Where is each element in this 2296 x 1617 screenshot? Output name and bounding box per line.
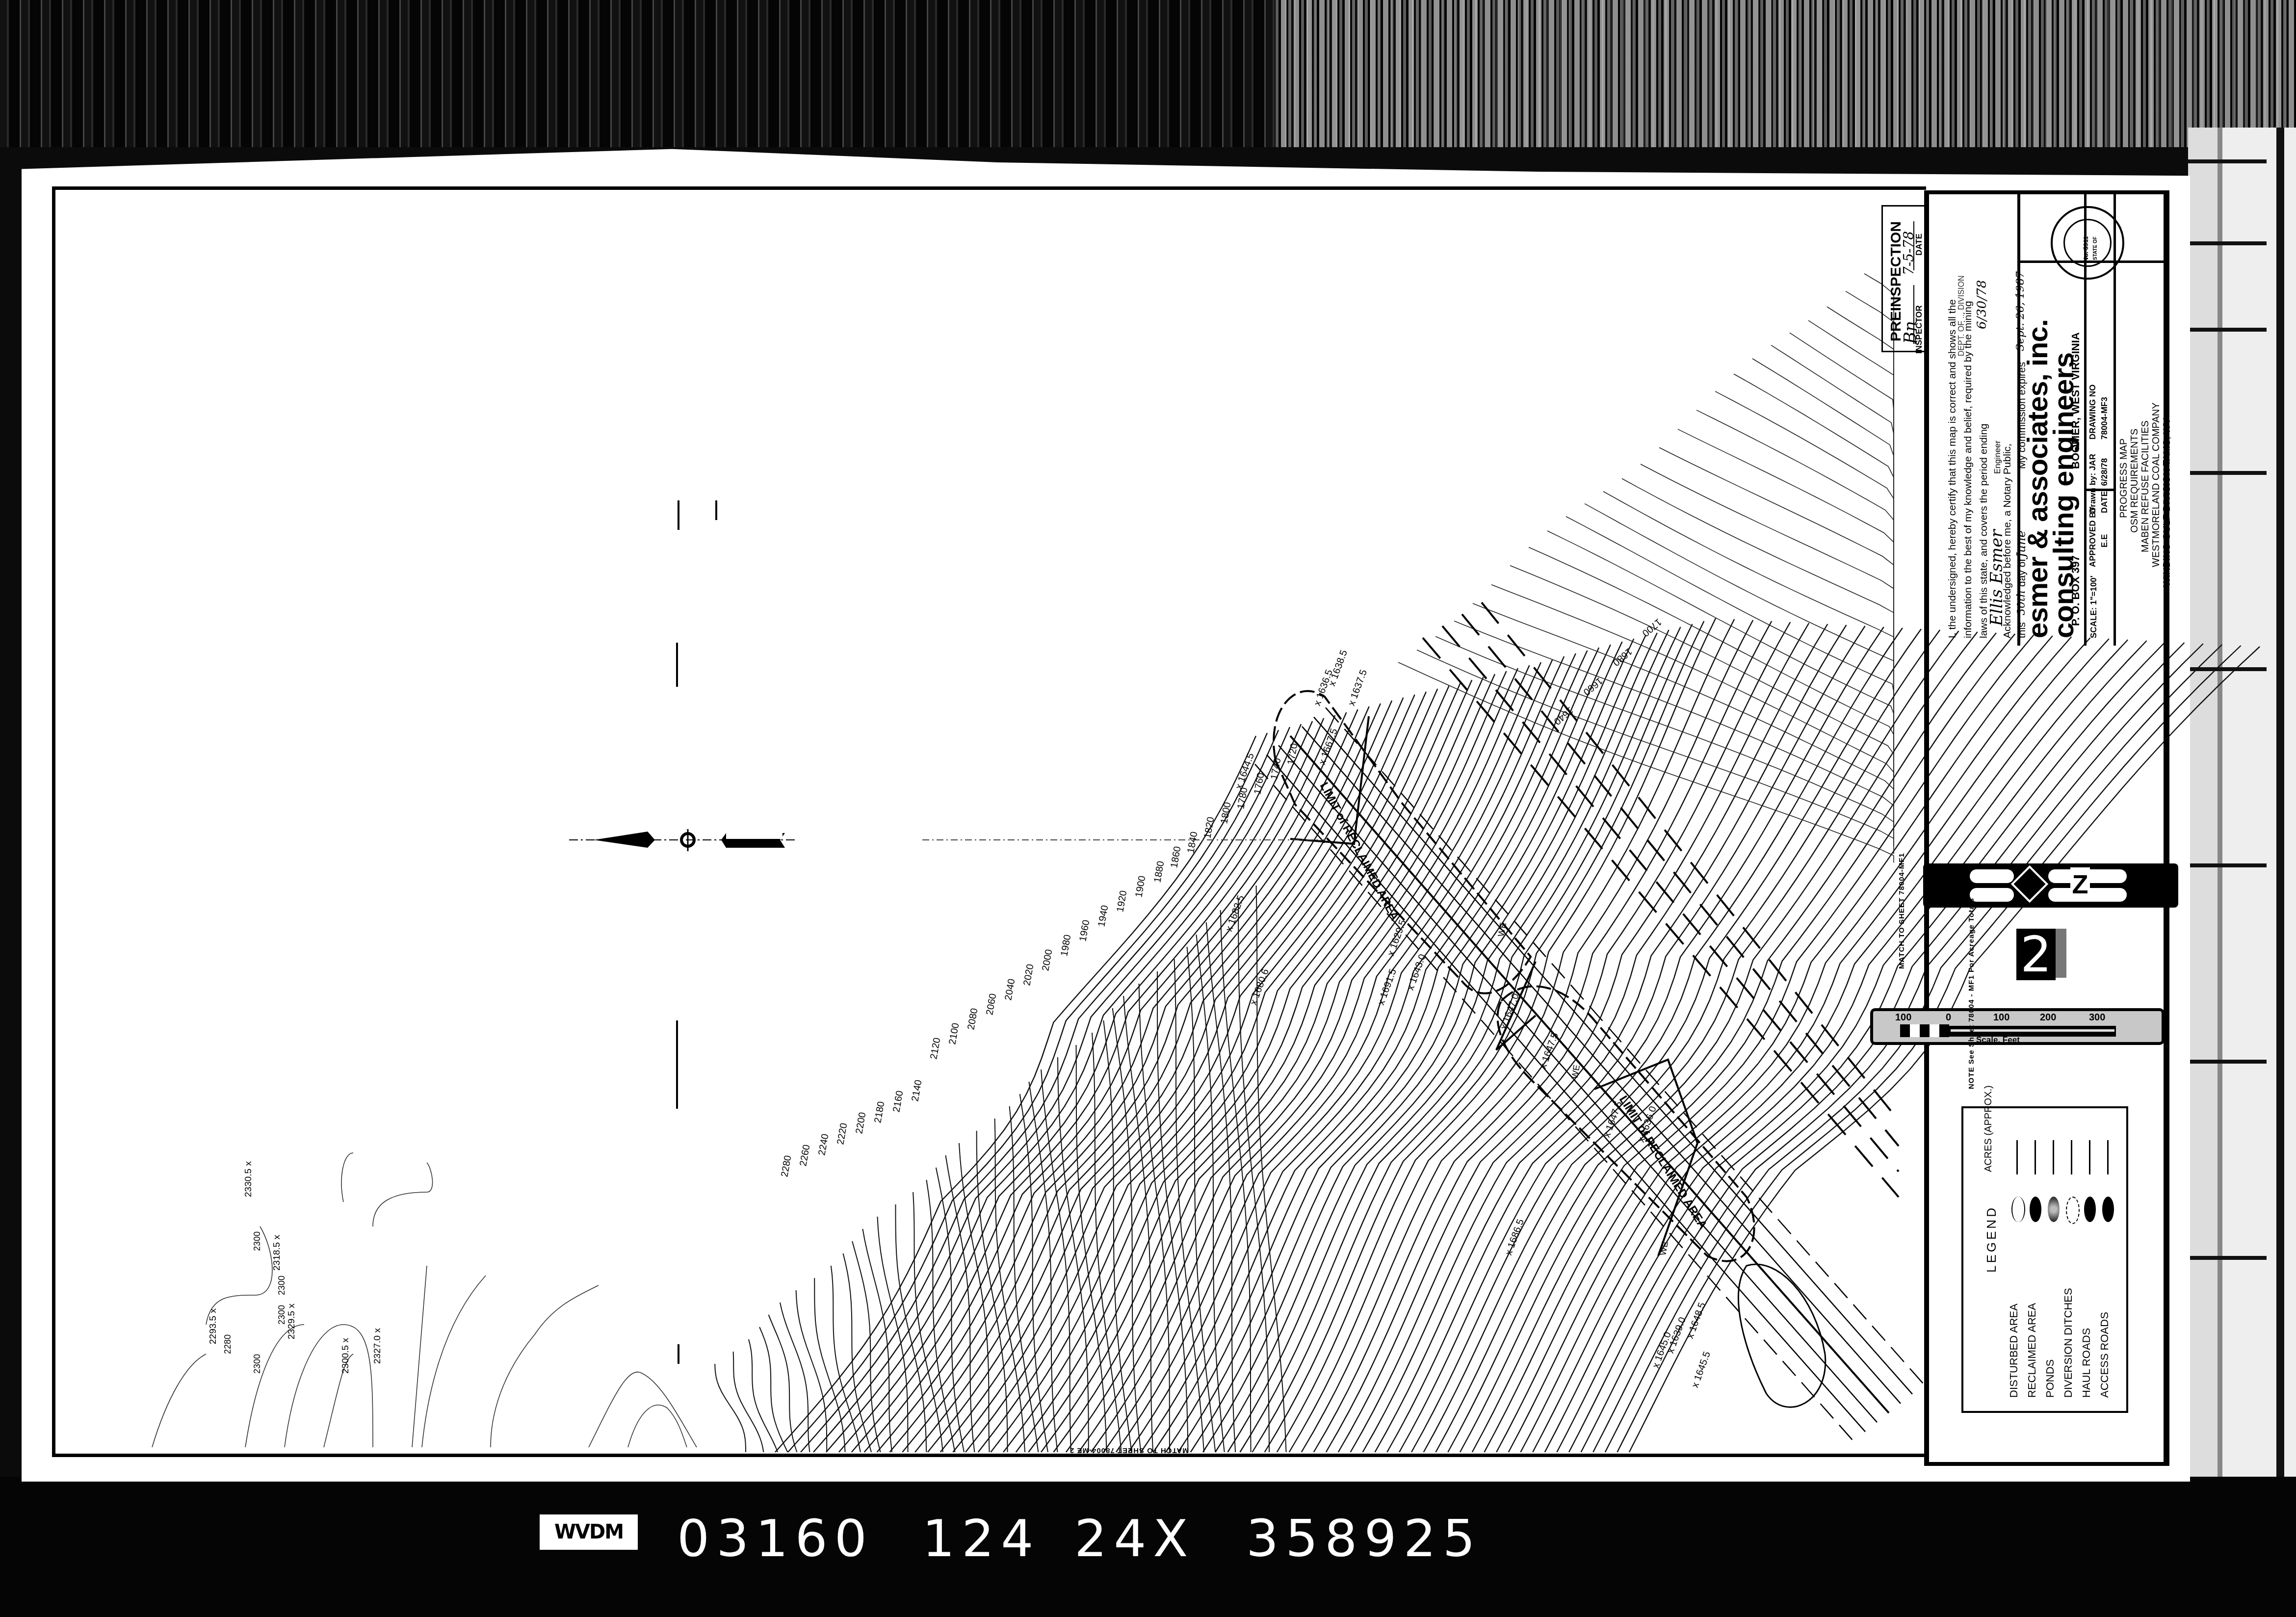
legend-acres-blank xyxy=(2053,1140,2054,1174)
legend-acres-blank xyxy=(2107,1140,2109,1174)
svg-text:2327.0 x: 2327.0 x xyxy=(372,1328,383,1364)
ack-text: Acknowledged before me, a Notary Public, xyxy=(2002,443,2013,638)
scale-caption: Scale, Feet xyxy=(1976,1035,2020,1045)
svg-text:x 1645.5: x 1645.5 xyxy=(1690,1350,1713,1389)
po-box: P. O. BOX 397 xyxy=(2069,555,2082,626)
svg-text:2260: 2260 xyxy=(798,1144,812,1167)
legend-item-label: RECLAIMED AREA xyxy=(2026,1303,2038,1398)
legend-item-label: PONDS xyxy=(2044,1359,2057,1398)
svg-text:2140: 2140 xyxy=(910,1079,924,1102)
svg-text:2020: 2020 xyxy=(1021,963,1036,987)
svg-text:2330.5 x: 2330.5 x xyxy=(243,1161,254,1197)
north-letter: Z xyxy=(2070,867,2090,902)
project-line-5: WINDING GULF DIVISION TAMS, WV xyxy=(2162,418,2173,587)
film-code-4: 358925 xyxy=(1246,1509,1482,1568)
svg-text:2280: 2280 xyxy=(779,1154,793,1178)
svg-text:2120: 2120 xyxy=(928,1037,942,1060)
scale-value: SCALE: 1"=100' xyxy=(2089,575,2099,638)
film-stamp-label: WVDM xyxy=(540,1514,638,1550)
drawn-by: Drawn by: JAR xyxy=(2088,454,2098,513)
seal-state: STATE OF xyxy=(2093,236,2098,260)
legend-symbol-outline-icon xyxy=(2011,1197,2025,1222)
certification-block: I, the undersigned, hereby certify that … xyxy=(1933,194,2016,646)
svg-text:2300.5 x: 2300.5 x xyxy=(340,1338,351,1374)
drawing-no-value: 78004-MF3 xyxy=(2100,397,2110,440)
svg-text:x 1638.5: x 1638.5 xyxy=(1327,649,1350,688)
project-line-3: MABEN REFUSE FACILITIES xyxy=(2140,420,2151,552)
svg-text:1820: 1820 xyxy=(1202,816,1216,839)
dept-stamp: DEPT. OF ... DIVISION xyxy=(1957,276,1966,356)
svg-text:2000: 2000 xyxy=(1040,948,1054,972)
scale-tick: 0 xyxy=(1946,1012,1951,1023)
legend-symbol-solid-icon xyxy=(2102,1197,2114,1222)
inspector-signature: Bn xyxy=(1901,321,1920,344)
legend-acres-blank xyxy=(2089,1140,2090,1174)
legend-item-label: DISTURBED AREA xyxy=(2008,1304,2020,1398)
svg-text:1880: 1880 xyxy=(1152,860,1166,884)
svg-text:1960: 1960 xyxy=(1077,919,1092,942)
film-code-1: 03160 xyxy=(677,1509,874,1568)
legend-acres-blank xyxy=(2035,1140,2036,1174)
legend: LEGEND ACRES (APPROX.) DISTURBED AREAREC… xyxy=(1961,1106,2128,1413)
period-ending: 6/30/78 xyxy=(1975,280,1989,329)
svg-text:2300: 2300 xyxy=(252,1354,262,1374)
svg-text:2240: 2240 xyxy=(816,1133,831,1156)
svg-text:1860: 1860 xyxy=(1169,845,1183,869)
legend-acres-blank xyxy=(2016,1140,2018,1174)
svg-text:WE: WE xyxy=(1569,1064,1582,1080)
legend-title: LEGEND xyxy=(1984,1205,1999,1273)
drawing-date: DATE: 6/28/78 xyxy=(2100,458,2110,513)
svg-text:1760: 1760 xyxy=(1252,772,1266,795)
svg-text:1720: 1720 xyxy=(1285,742,1300,766)
legend-symbol-speckled-icon xyxy=(2048,1197,2060,1222)
scale-bar: 100 0 100 200 300 Scale, Feet xyxy=(1870,1008,2165,1045)
svg-text:1920: 1920 xyxy=(1115,889,1129,913)
scale-tick: 300 xyxy=(2089,1012,2105,1023)
location: BOOMER, WEST VIRGINIA xyxy=(2069,332,2082,469)
svg-text:2160: 2160 xyxy=(891,1090,905,1113)
svg-text:2329.5 x: 2329.5 x xyxy=(287,1304,297,1339)
svg-text:WE: WE xyxy=(1658,1241,1670,1256)
svg-text:2220: 2220 xyxy=(835,1122,849,1146)
legend-symbol-solid-icon xyxy=(2030,1197,2041,1222)
preinspection-date: 7-5-78 xyxy=(1901,231,1917,275)
engineer-seal: No. 5911 STATE OF xyxy=(2051,206,2124,280)
svg-text:2080: 2080 xyxy=(965,1007,980,1031)
sheet-number: 2 xyxy=(2016,929,2056,980)
legend-acres-blank xyxy=(2071,1140,2072,1174)
scale-tick: 200 xyxy=(2040,1012,2056,1023)
match-line-bottom: MATCH TO SHEET 78004-ME 2 xyxy=(1070,1446,1189,1455)
legend-symbol-dashed-icon xyxy=(2066,1197,2080,1224)
project-line-2: OSM REQUIREMENTS xyxy=(2129,429,2140,533)
svg-text:1980: 1980 xyxy=(1059,934,1073,957)
svg-text:1840: 1840 xyxy=(1185,831,1200,854)
svg-text:2300: 2300 xyxy=(277,1276,287,1295)
svg-text:x 1637.5: x 1637.5 xyxy=(1346,668,1369,707)
film-code-3: 24X xyxy=(1074,1509,1195,1568)
svg-text:1900: 1900 xyxy=(1133,875,1148,898)
cert-line-1: I, the undersigned, hereby certify that … xyxy=(1947,299,1958,638)
svg-text:2300: 2300 xyxy=(252,1231,262,1251)
acreage-note: NOTE See Sheet 78004 - MF1 For Acreage T… xyxy=(1967,898,1976,1089)
svg-text:1700: 1700 xyxy=(1640,616,1664,638)
svg-text:2180: 2180 xyxy=(872,1100,887,1124)
svg-text:1940: 1940 xyxy=(1096,904,1110,928)
legend-symbol-solid-icon xyxy=(2084,1197,2096,1222)
scale-tick: 100 xyxy=(1993,1012,2009,1023)
svg-text:2280: 2280 xyxy=(223,1334,233,1354)
svg-text:x 1648.5: x 1648.5 xyxy=(1685,1301,1708,1340)
svg-text:1740: 1740 xyxy=(1269,757,1283,781)
svg-text:2100: 2100 xyxy=(947,1022,961,1045)
scale-tick: 100 xyxy=(1895,1012,1911,1023)
svg-text:2060: 2060 xyxy=(984,992,998,1016)
engineer-label: Engineer xyxy=(1993,441,2003,474)
svg-text:2040: 2040 xyxy=(1003,978,1017,1001)
preinspection-box: PREINSPECTION INSPECTOR DATE Bn 7-5-78 xyxy=(1881,205,1926,352)
approved-by-label: APPROVED BY xyxy=(2088,506,2098,567)
legend-acres-header: ACRES (APPROX.) xyxy=(1983,1085,1994,1172)
drawing-no-label: DRAWING NO xyxy=(2088,385,2098,440)
svg-text:x 1680.6: x 1680.6 xyxy=(1248,967,1271,1007)
svg-text:2293.5 x: 2293.5 x xyxy=(208,1308,218,1344)
legend-item-label: ACCESS ROADS xyxy=(2098,1312,2111,1398)
project-line-4: WESTMORELAND COAL COMPANY xyxy=(2151,402,2162,567)
compass-diamond-icon xyxy=(2011,865,2048,903)
north-arrow-badge: Z xyxy=(1923,863,2178,908)
svg-text:1800: 1800 xyxy=(1219,801,1233,825)
match-line-right: MATCH TO SHEET 78004-MF1 xyxy=(1898,853,1906,969)
project-line-1: PROGRESS MAP xyxy=(2118,439,2130,518)
svg-text:2300: 2300 xyxy=(277,1305,287,1325)
legend-item-label: DIVERSION DITCHES xyxy=(2062,1288,2075,1398)
title-block-divider xyxy=(1924,190,1929,1466)
seal-number: No. 5911 xyxy=(2082,236,2089,262)
approved-by-value: E.E xyxy=(2100,534,2110,548)
film-code-2: 124 xyxy=(922,1509,1041,1568)
legend-item-label: HAUL ROADS xyxy=(2080,1328,2093,1398)
svg-text:2200: 2200 xyxy=(854,1111,868,1135)
svg-text:2318.5 x: 2318.5 x xyxy=(272,1235,282,1271)
